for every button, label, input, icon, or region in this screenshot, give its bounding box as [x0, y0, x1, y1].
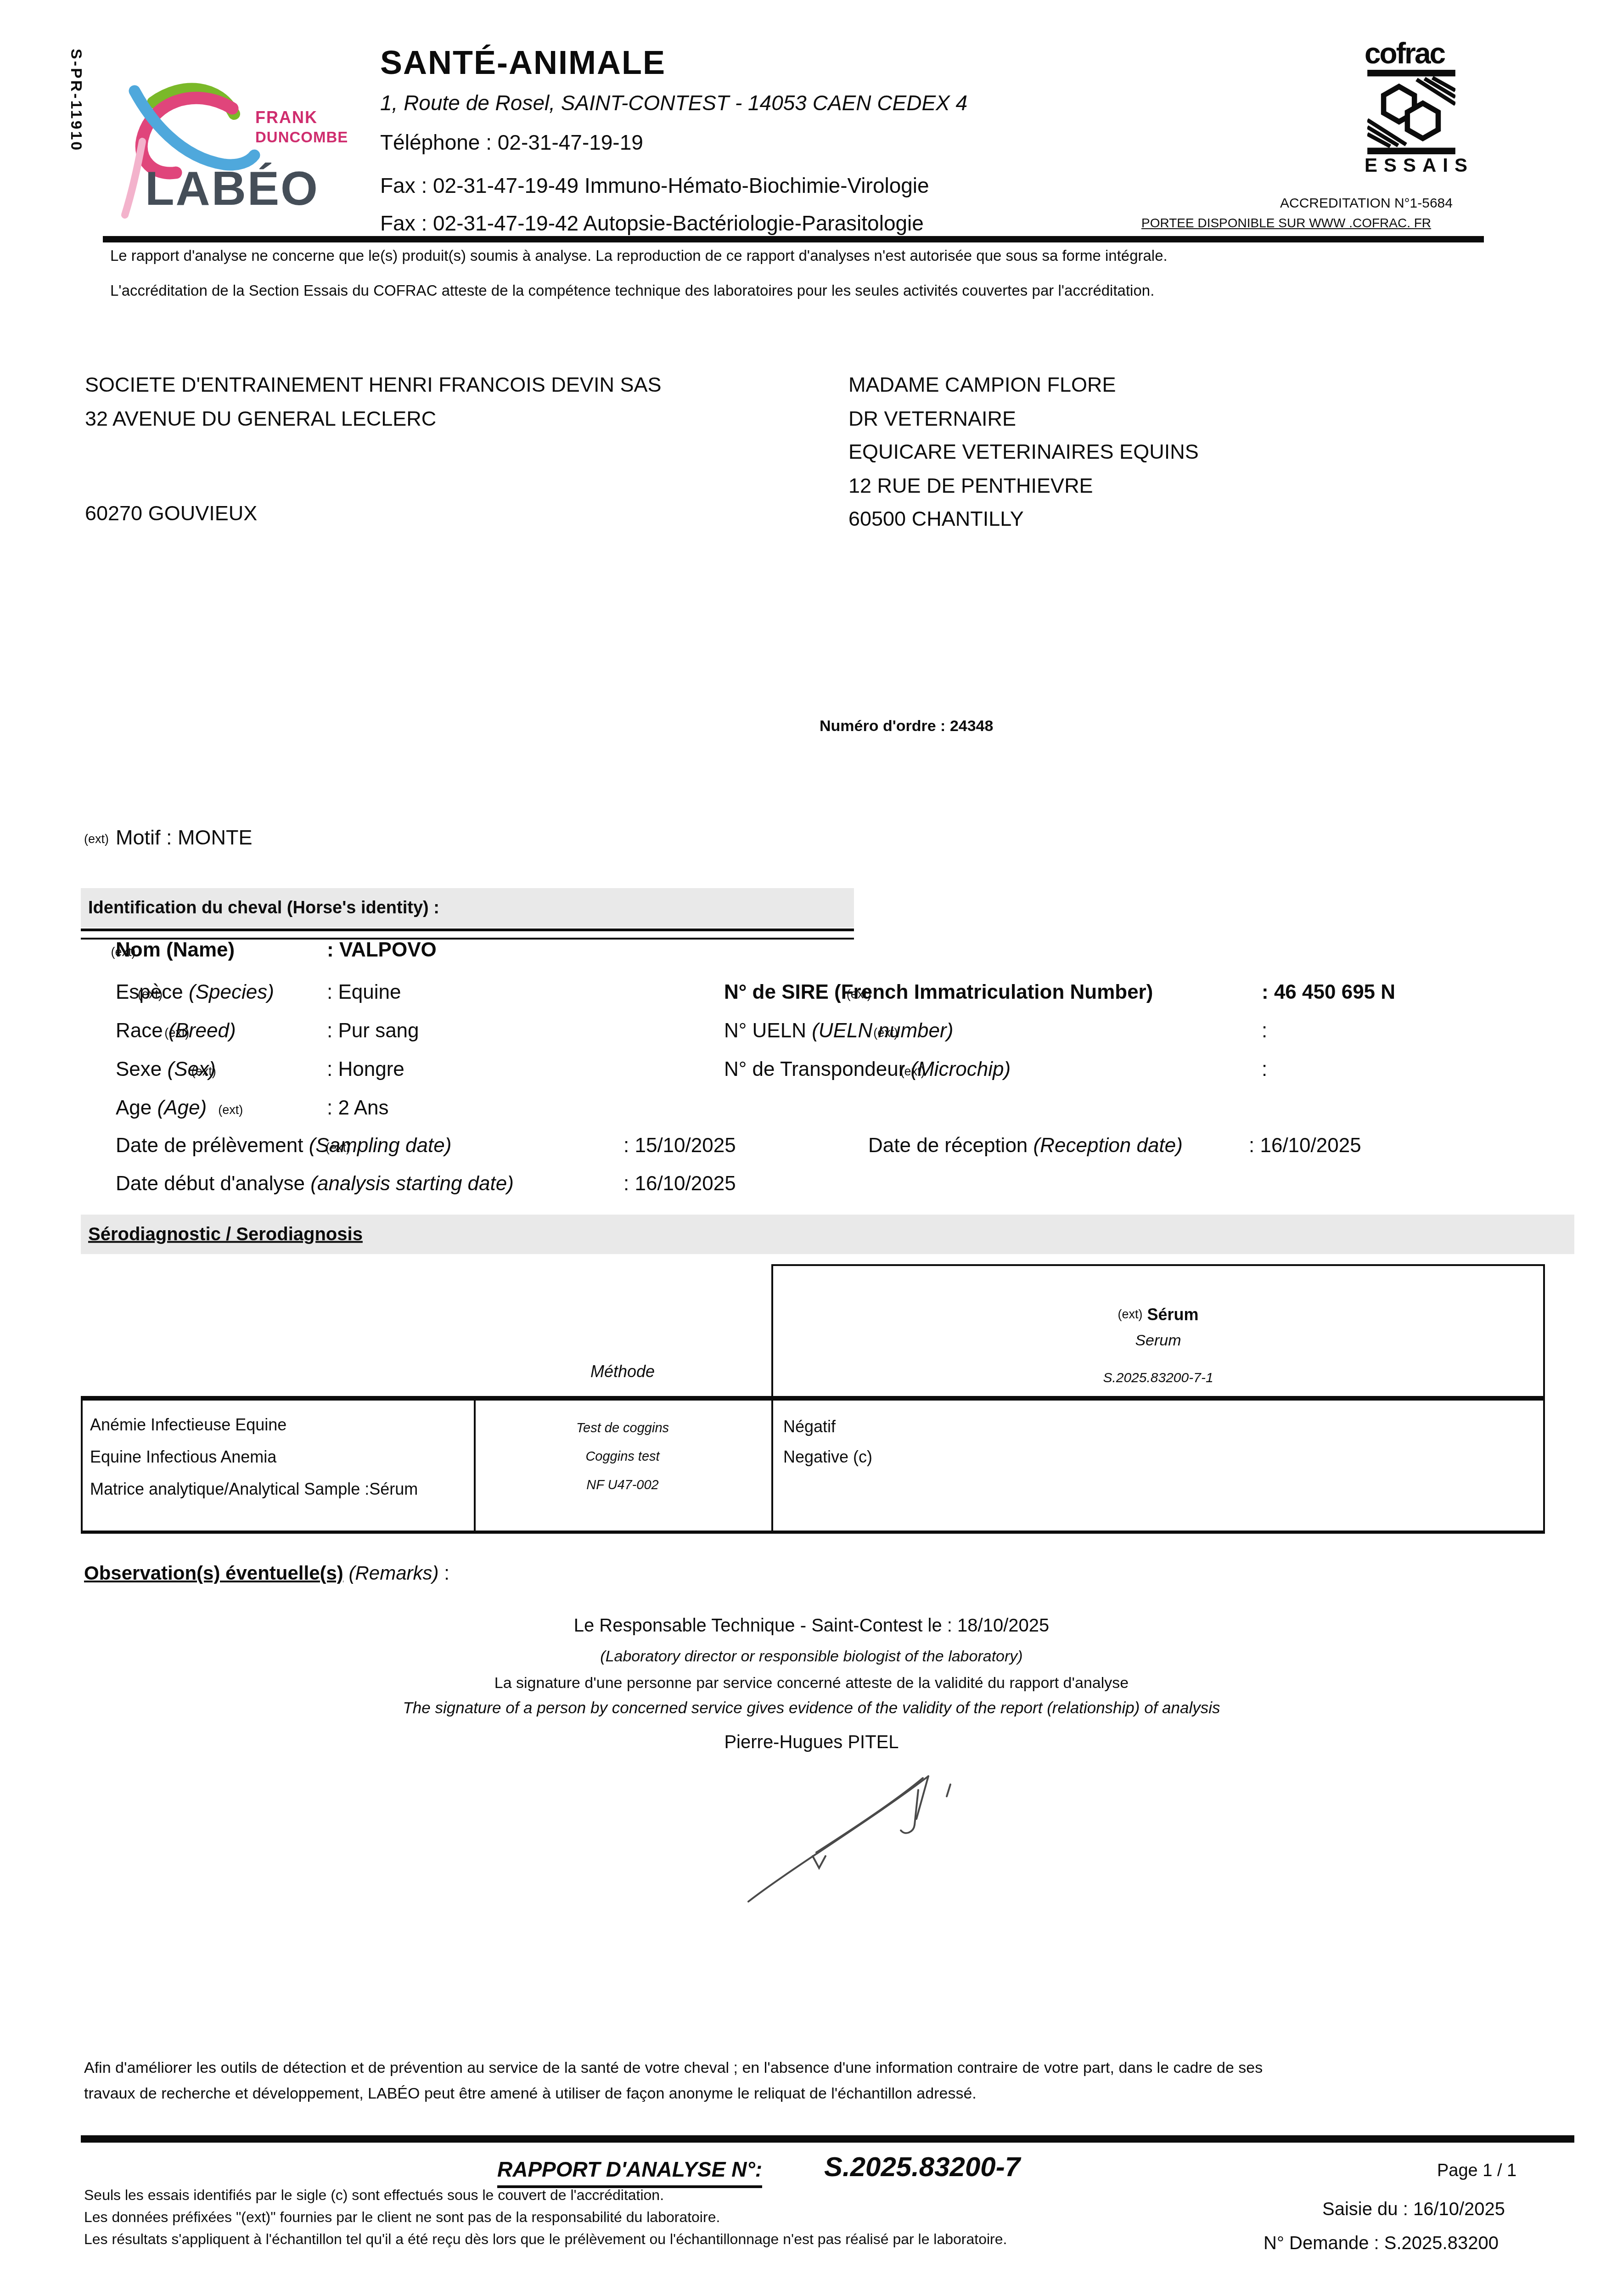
- cofrac-essais-label: ESSAIS: [1365, 154, 1474, 176]
- field-ueln-label: N° UELN (UELN number): [724, 1019, 953, 1043]
- analysis-name-fr: Anémie Infectieuse Equine: [90, 1415, 286, 1434]
- field-ueln-value: :: [1262, 1019, 1267, 1043]
- methode-column-label: Méthode: [474, 1362, 771, 1381]
- recipient-name: MADAME CAMPION FLORE: [848, 373, 1116, 397]
- serodiagnostic-section-header: Sérodiagnostic / Serodiagnosis: [81, 1215, 1574, 1254]
- field-race-value: : Pur sang: [327, 1019, 419, 1043]
- serodiagnostic-heading: Sérodiagnostic / Serodiagnosis: [88, 1224, 363, 1245]
- research-note-line-2: travaux de recherche et développement, L…: [84, 2085, 977, 2103]
- responsible-line-en: (Laboratory director or responsible biol…: [0, 1648, 1623, 1666]
- footer-note-2: Les données préfixées "(ext)" fournies p…: [84, 2209, 720, 2226]
- header-divider: [103, 236, 1484, 242]
- report-number-value: S.2025.83200-7: [824, 2151, 1020, 2183]
- ext-prefix: (ext): [218, 1103, 243, 1117]
- logo-labeo-label: LABÉO: [145, 162, 319, 215]
- method-name-en: Coggins test: [474, 1449, 771, 1464]
- signature-validity-fr: La signature d'une personne par service …: [0, 1674, 1623, 1692]
- table-divider-1: [474, 1401, 476, 1531]
- lab-fax-1: Fax : 02-31-47-19-49 Immuno-Hémato-Bioch…: [380, 174, 929, 198]
- logo-frank-label: FRANK: [255, 108, 318, 127]
- field-reception-value: : 16/10/2025: [1249, 1134, 1361, 1158]
- page-title: SANTÉ-ANIMALE: [380, 44, 666, 82]
- research-note-line-1: Afin d'améliorer les outils de détection…: [84, 2059, 1263, 2077]
- lab-address: 1, Route de Rosel, SAINT-CONTEST - 14053…: [380, 91, 967, 115]
- field-chip-value: :: [1262, 1058, 1267, 1081]
- footer-note-1: Seuls les essais identifiés par le sigle…: [84, 2187, 664, 2204]
- result-value-fr: Négatif: [783, 1417, 836, 1436]
- labeo-logo: FRANK DUNCOMBE LABÉO: [109, 77, 373, 222]
- result-value-en: Negative (c): [783, 1447, 872, 1466]
- lab-fax-2: Fax : 02-31-47-19-42 Autopsie-Bactériolo…: [380, 211, 924, 236]
- ext-prefix: (ext): [84, 832, 109, 846]
- identification-heading: Identification du cheval (Horse's identi…: [88, 898, 439, 918]
- field-reception-label: Date de réception (Reception date): [868, 1134, 1183, 1158]
- remarks-heading-fr: Observation(s) éventuelle(s): [84, 1562, 343, 1584]
- remarks-heading: Observation(s) éventuelle(s) (Remarks) :: [84, 1562, 449, 1584]
- field-chip-label: N° de Transpondeur (Microchip): [724, 1058, 1011, 1081]
- identification-section-header: Identification du cheval (Horse's identi…: [81, 888, 854, 928]
- motif-line: Motif : MONTE: [116, 826, 253, 850]
- responsible-line: Le Responsable Technique - Saint-Contest…: [0, 1615, 1623, 1636]
- lab-phone: Téléphone : 02-31-47-19-19: [380, 130, 643, 155]
- analysis-name-en: Equine Infectious Anemia: [90, 1447, 276, 1466]
- field-sexe-value: : Hongre: [327, 1058, 404, 1081]
- disclaimer-line-2: L'accréditation de la Section Essais du …: [110, 282, 1154, 299]
- signatory-name: Pierre-Hugues PITEL: [0, 1732, 1623, 1753]
- field-espece-label: Espèce (Species): [116, 981, 274, 1004]
- side-document-code: S-PR-11910: [67, 49, 85, 152]
- field-sampling-label: Date de prélèvement (Sampling date): [116, 1134, 451, 1158]
- field-nom-value: : VALPOVO: [327, 939, 437, 962]
- cofrac-portee-note: PORTEE DISPONIBLE SUR WWW .COFRAC. FR: [1141, 216, 1431, 231]
- table-divider-2: [771, 1401, 773, 1531]
- field-sire-value: : 46 450 695 N: [1262, 981, 1395, 1004]
- field-age-label: Age (Age): [116, 1097, 207, 1120]
- sender-city: 60270 GOUVIEUX: [85, 501, 257, 525]
- logo-duncombe-label: DUNCOMBE: [255, 129, 348, 146]
- recipient-street: 12 RUE DE PENTHIEVRE: [848, 474, 1093, 498]
- entry-date: Saisie du : 16/10/2025: [1322, 2199, 1505, 2220]
- order-number: Numéro d'ordre : 24348: [820, 717, 993, 735]
- analysis-matrix: Matrice analytique/Analytical Sample :Sé…: [90, 1480, 418, 1498]
- field-espece-value: : Equine: [327, 981, 401, 1004]
- signature-image: [735, 1761, 992, 1913]
- accreditation-number: ACCREDITATION N°1-5684: [1280, 196, 1453, 212]
- disclaimer-line-1: Le rapport d'analyse ne concerne que le(…: [110, 247, 1168, 264]
- recipient-city: 60500 CHANTILLY: [848, 507, 1024, 531]
- sample-type-label: (ext) Sérum: [771, 1305, 1545, 1324]
- recipient-title: DR VETERNAIRE: [848, 407, 1016, 431]
- page-indicator: Page 1 / 1: [1437, 2161, 1516, 2181]
- field-sire-label: N° de SIRE (French Immatriculation Numbe…: [724, 981, 1153, 1004]
- signature-validity-en: The signature of a person by concerned s…: [0, 1699, 1623, 1717]
- remarks-heading-en: (Remarks): [343, 1562, 439, 1584]
- sender-name: SOCIETE D'ENTRAINEMENT HENRI FRANCOIS DE…: [85, 373, 661, 397]
- method-name-fr: Test de coggins: [474, 1421, 771, 1436]
- field-analysis-start-label: Date début d'analyse (analysis starting …: [116, 1172, 514, 1196]
- recipient-practice: EQUICARE VETERINAIRES EQUINS: [848, 440, 1199, 464]
- footer-divider: [81, 2135, 1574, 2143]
- field-sampling-value: : 15/10/2025: [623, 1134, 736, 1158]
- report-page: S-PR-11910 FRANK DUNCOMBE LABÉO SANTÉ-AN…: [0, 0, 1623, 2296]
- footer-note-3: Les résultats s'appliquent à l'échantill…: [84, 2231, 1007, 2248]
- report-number-label: RAPPORT D'ANALYSE N°:: [497, 2157, 762, 2188]
- cofrac-essais-icon: [1367, 70, 1455, 154]
- field-sexe-label: Sexe (Sex): [116, 1058, 216, 1081]
- field-age-value: : 2 Ans: [327, 1097, 389, 1120]
- field-race-label: Race (Breed): [116, 1019, 236, 1043]
- identification-header-underline: [81, 929, 854, 940]
- sample-type-label-en: Serum: [771, 1332, 1545, 1350]
- method-standard: NF U47-002: [474, 1478, 771, 1493]
- cofrac-wordmark: cofrac: [1365, 37, 1444, 71]
- request-number: N° Demande : S.2025.83200: [1264, 2233, 1499, 2254]
- sender-street: 32 AVENUE DU GENERAL LECLERC: [85, 407, 436, 431]
- field-nom-label: Nom (Name): [116, 939, 235, 962]
- field-analysis-start-value: : 16/10/2025: [623, 1172, 736, 1196]
- sample-id: S.2025.83200-7-1: [771, 1370, 1545, 1386]
